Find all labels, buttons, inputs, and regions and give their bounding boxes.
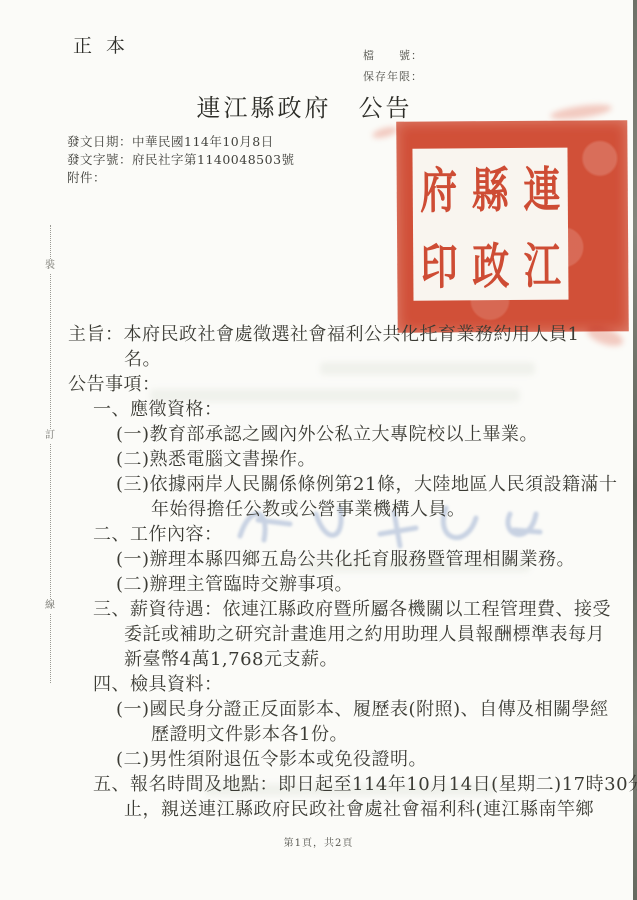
body-line: (二)辦理主管臨時交辦事項。 [0,572,637,597]
body-line: 新臺幣4萬1,768元支薪。 [0,647,637,672]
body-line: (一)國民身分證正反面影本、履歷表(附照)、自傳及相關學經 [0,697,637,722]
body-line: 四、檢具資料： [0,672,637,697]
body-line: (三)依據兩岸人民關係條例第21條，大陸地區人民須設籍滿十 [0,472,637,497]
official-government-seal: 府 縣 連 印 政 江 [396,120,628,333]
file-meta-block: 檔 號： 保存年限： [363,45,423,87]
retention-period-label: 保存年限： [363,66,423,87]
body-line: (二)熟悉電腦文書操作。 [0,447,637,472]
body-line: 名。 [0,347,637,372]
body-line: 三、薪資待遇：依連江縣政府暨所屬各機關以工程管理費、接受 [0,597,637,622]
body-line: 年始得擔任公教或公營事業機構人員。 [0,497,637,522]
document-number-line: 發文字號：府民社字第1140048503號 [67,151,295,169]
copy-type-label: 正本 [73,31,139,58]
binding-mark-zhuang: 裝 [45,259,55,273]
body-line: 二、工作內容： [0,522,637,547]
body-line: (二)男性須附退伍令影本或免役證明。 [0,747,637,772]
body-line: 主旨：本府民政社會處徵選社會福利公共化托育業務約用人員1 [0,322,637,347]
scanned-announcement-page: 正本 檔 號： 保存年限： 連江縣政府 公告 發文日期：中華民國114年10月8… [0,0,637,900]
seal-character: 江 [516,211,568,312]
issue-date-line: 發文日期：中華民國114年10月8日 [67,133,295,151]
page-number: 第1頁，共2頁 [0,834,637,849]
body-line: 一、應徵資格： [0,397,637,422]
seal-ink-smudge [371,125,398,140]
body-line: (一)教育部承認之國內外公私立大專院校以上畢業。 [0,422,637,447]
attachment-label: 附件： [67,169,295,187]
document-title: 連江縣政府 公告 [0,88,623,123]
body-line: 公告事項： [0,372,637,397]
body-line: 委託或補助之研究計畫進用之約用助理人員報酬標準表每月 [0,622,637,647]
issue-meta-block: 發文日期：中華民國114年10月8日 發文字號：府民社字第1140048503號… [67,133,295,187]
announcement-body: 主旨：本府民政社會處徵選社會福利公共化托育業務約用人員1 名。 公告事項： 一、… [0,322,637,822]
body-line: 五、報名時間及地點：即日起至114年10月14日(星期二)17時30分 [0,772,637,797]
seal-inscription: 府 縣 連 印 政 江 [412,148,568,301]
seal-character: 印 [413,212,465,313]
body-line: (一)辦理本縣四鄉五島公共化托育服務暨管理相關業務。 [0,547,637,572]
seal-character: 政 [465,212,517,313]
body-line: 止，親送連江縣政府民政社會處社會福利科(連江縣南竿鄉 [0,797,637,822]
body-line: 歷證明文件影本各1份。 [0,722,637,747]
file-number-label: 檔 號： [363,45,423,66]
